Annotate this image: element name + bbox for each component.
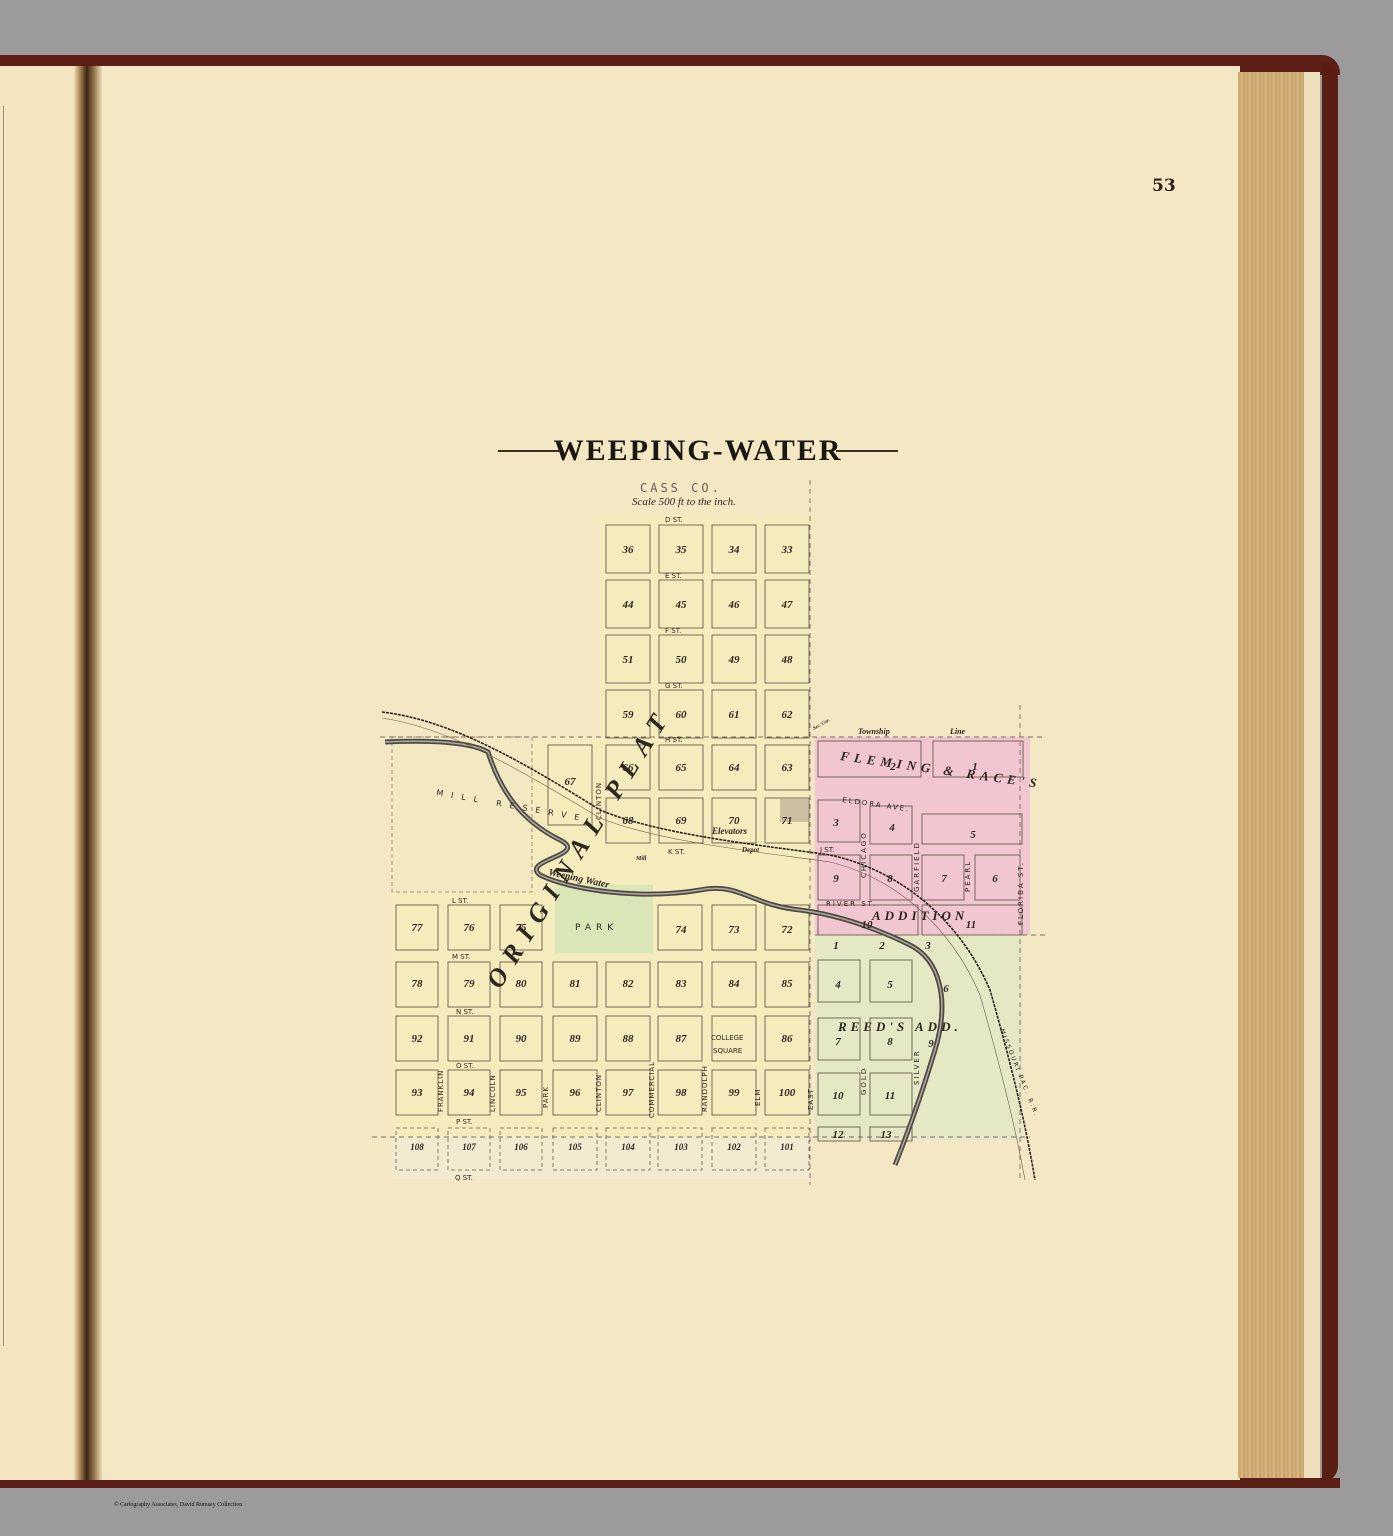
svg-text:6: 6 bbox=[943, 983, 949, 995]
reeds-add-label: REED'S ADD. bbox=[837, 1019, 962, 1034]
svg-text:J ST.: J ST. bbox=[819, 846, 834, 854]
svg-text:COMMERCIAL: COMMERCIAL bbox=[648, 1061, 656, 1118]
svg-text:12: 12 bbox=[833, 1129, 845, 1141]
svg-text:3: 3 bbox=[832, 817, 839, 829]
svg-text:48: 48 bbox=[781, 654, 794, 666]
svg-text:H ST.: H ST. bbox=[665, 736, 683, 744]
svg-text:68: 68 bbox=[623, 815, 635, 827]
mill-reserve-area bbox=[392, 737, 532, 892]
svg-text:7: 7 bbox=[835, 1036, 841, 1048]
svg-text:82: 82 bbox=[623, 978, 635, 990]
svg-text:94: 94 bbox=[464, 1087, 476, 1099]
svg-text:73: 73 bbox=[729, 924, 741, 936]
svg-text:35: 35 bbox=[675, 544, 688, 556]
svg-text:4: 4 bbox=[888, 822, 895, 834]
svg-text:50: 50 bbox=[676, 654, 688, 666]
svg-text:74: 74 bbox=[676, 924, 688, 936]
svg-text:Q ST.: Q ST. bbox=[455, 1174, 473, 1182]
svg-text:M ST.: M ST. bbox=[452, 953, 470, 961]
svg-text:CLINTON: CLINTON bbox=[595, 782, 603, 820]
svg-text:9: 9 bbox=[833, 873, 839, 885]
svg-text:P ST.: P ST. bbox=[456, 1118, 473, 1126]
svg-text:PARK: PARK bbox=[542, 1086, 550, 1108]
svg-text:O ST.: O ST. bbox=[456, 1062, 474, 1070]
svg-text:88: 88 bbox=[623, 1033, 635, 1045]
svg-text:93: 93 bbox=[412, 1087, 424, 1099]
svg-text:108: 108 bbox=[410, 1142, 424, 1152]
svg-text:86: 86 bbox=[782, 1033, 794, 1045]
svg-text:98: 98 bbox=[676, 1087, 688, 1099]
svg-text:72: 72 bbox=[782, 924, 794, 936]
svg-text:81: 81 bbox=[570, 978, 581, 990]
svg-text:105: 105 bbox=[568, 1142, 582, 1152]
svg-text:64: 64 bbox=[729, 762, 741, 774]
svg-text:59: 59 bbox=[623, 709, 635, 721]
svg-text:33: 33 bbox=[781, 544, 794, 556]
town-plat-map: 36353433 44454647 51504948 59606162 6766… bbox=[0, 0, 1393, 1536]
svg-text:107: 107 bbox=[462, 1142, 476, 1152]
svg-text:45: 45 bbox=[675, 599, 688, 611]
svg-text:10: 10 bbox=[833, 1090, 845, 1102]
svg-text:92: 92 bbox=[412, 1033, 424, 1045]
svg-text:60: 60 bbox=[676, 709, 688, 721]
svg-text:87: 87 bbox=[676, 1033, 688, 1045]
unplatted-south bbox=[392, 1137, 810, 1179]
svg-text:84: 84 bbox=[729, 978, 741, 990]
elevators-label: Elevators bbox=[711, 826, 747, 836]
addition-label: ADDITION bbox=[871, 908, 968, 923]
college-square-label-1: COLLEGE bbox=[711, 1034, 743, 1042]
svg-text:78: 78 bbox=[412, 978, 424, 990]
svg-text:63: 63 bbox=[782, 762, 794, 774]
svg-text:102: 102 bbox=[727, 1142, 741, 1152]
svg-text:5: 5 bbox=[887, 979, 893, 991]
svg-text:61: 61 bbox=[729, 709, 740, 721]
svg-text:62: 62 bbox=[782, 709, 794, 721]
svg-text:2: 2 bbox=[878, 940, 885, 952]
svg-text:L ST.: L ST. bbox=[452, 897, 468, 905]
svg-text:47: 47 bbox=[781, 599, 794, 611]
svg-text:8: 8 bbox=[887, 873, 893, 885]
svg-text:79: 79 bbox=[464, 978, 476, 990]
svg-text:D ST.: D ST. bbox=[665, 516, 683, 524]
svg-text:46: 46 bbox=[728, 599, 741, 611]
svg-text:67: 67 bbox=[565, 776, 577, 788]
park-label: PARK bbox=[575, 923, 618, 933]
svg-text:51: 51 bbox=[623, 654, 634, 666]
svg-text:6: 6 bbox=[992, 873, 998, 885]
svg-text:PEARL: PEARL bbox=[964, 860, 972, 892]
college-square-label-2: SQUARE bbox=[713, 1047, 742, 1055]
svg-text:ELM: ELM bbox=[754, 1089, 762, 1106]
svg-text:44: 44 bbox=[622, 599, 635, 611]
svg-text:9: 9 bbox=[928, 1038, 934, 1050]
svg-text:100: 100 bbox=[779, 1087, 796, 1099]
svg-text:K ST.: K ST. bbox=[668, 848, 685, 856]
svg-text:83: 83 bbox=[676, 978, 688, 990]
svg-text:RIVER ST.: RIVER ST. bbox=[826, 900, 877, 908]
line-label: Line bbox=[949, 727, 966, 736]
svg-text:G ST.: G ST. bbox=[665, 682, 683, 690]
svg-text:13: 13 bbox=[881, 1129, 893, 1141]
svg-text:71: 71 bbox=[782, 815, 793, 827]
svg-text:97: 97 bbox=[623, 1087, 635, 1099]
svg-text:80: 80 bbox=[516, 978, 528, 990]
svg-text:CHICAGO: CHICAGO bbox=[860, 831, 868, 878]
svg-text:11: 11 bbox=[885, 1090, 895, 1102]
svg-text:91: 91 bbox=[464, 1033, 475, 1045]
depot-label: Depot bbox=[741, 846, 760, 854]
svg-text:4: 4 bbox=[834, 979, 841, 991]
svg-text:1: 1 bbox=[833, 940, 839, 952]
svg-text:RANDOLPH: RANDOLPH bbox=[701, 1065, 709, 1112]
svg-text:89: 89 bbox=[570, 1033, 582, 1045]
svg-text:GARFIELD: GARFIELD bbox=[913, 841, 921, 892]
svg-text:GOLD: GOLD bbox=[860, 1067, 868, 1095]
svg-text:76: 76 bbox=[464, 922, 476, 934]
svg-text:69: 69 bbox=[676, 815, 688, 827]
svg-text:34: 34 bbox=[728, 544, 741, 556]
copyright-credit: © Cartography Associates, David Rumsey C… bbox=[114, 1502, 242, 1508]
svg-text:5: 5 bbox=[970, 829, 976, 841]
svg-text:106: 106 bbox=[514, 1142, 528, 1152]
svg-text:95: 95 bbox=[516, 1087, 528, 1099]
svg-text:FLORIBA ST.: FLORIBA ST. bbox=[1017, 861, 1025, 925]
svg-text:E ST.: E ST. bbox=[665, 572, 682, 580]
svg-text:SILVER: SILVER bbox=[913, 1049, 921, 1085]
mill-label: Mill bbox=[635, 856, 647, 862]
svg-text:7: 7 bbox=[941, 873, 947, 885]
svg-text:104: 104 bbox=[621, 1142, 635, 1152]
svg-text:65: 65 bbox=[676, 762, 688, 774]
svg-text:LINCOLN: LINCOLN bbox=[489, 1074, 497, 1112]
svg-text:36: 36 bbox=[622, 544, 635, 556]
svg-text:EAST: EAST bbox=[807, 1088, 815, 1110]
svg-text:FRANKLIN: FRANKLIN bbox=[437, 1070, 445, 1112]
svg-text:103: 103 bbox=[674, 1142, 688, 1152]
township-label: Township bbox=[858, 727, 890, 736]
svg-text:99: 99 bbox=[729, 1087, 741, 1099]
svg-text:96: 96 bbox=[570, 1087, 582, 1099]
svg-text:101: 101 bbox=[780, 1142, 794, 1152]
svg-text:N ST.: N ST. bbox=[456, 1008, 474, 1016]
svg-text:F ST.: F ST. bbox=[665, 627, 681, 635]
svg-text:49: 49 bbox=[728, 654, 741, 666]
svg-text:8: 8 bbox=[887, 1036, 893, 1048]
svg-text:3: 3 bbox=[924, 940, 931, 952]
svg-text:85: 85 bbox=[782, 978, 794, 990]
svg-text:77: 77 bbox=[412, 922, 424, 934]
svg-text:90: 90 bbox=[516, 1033, 528, 1045]
svg-text:CLINTON: CLINTON bbox=[595, 1074, 603, 1112]
sec-cor-label: Sec. Cor. bbox=[813, 718, 832, 732]
